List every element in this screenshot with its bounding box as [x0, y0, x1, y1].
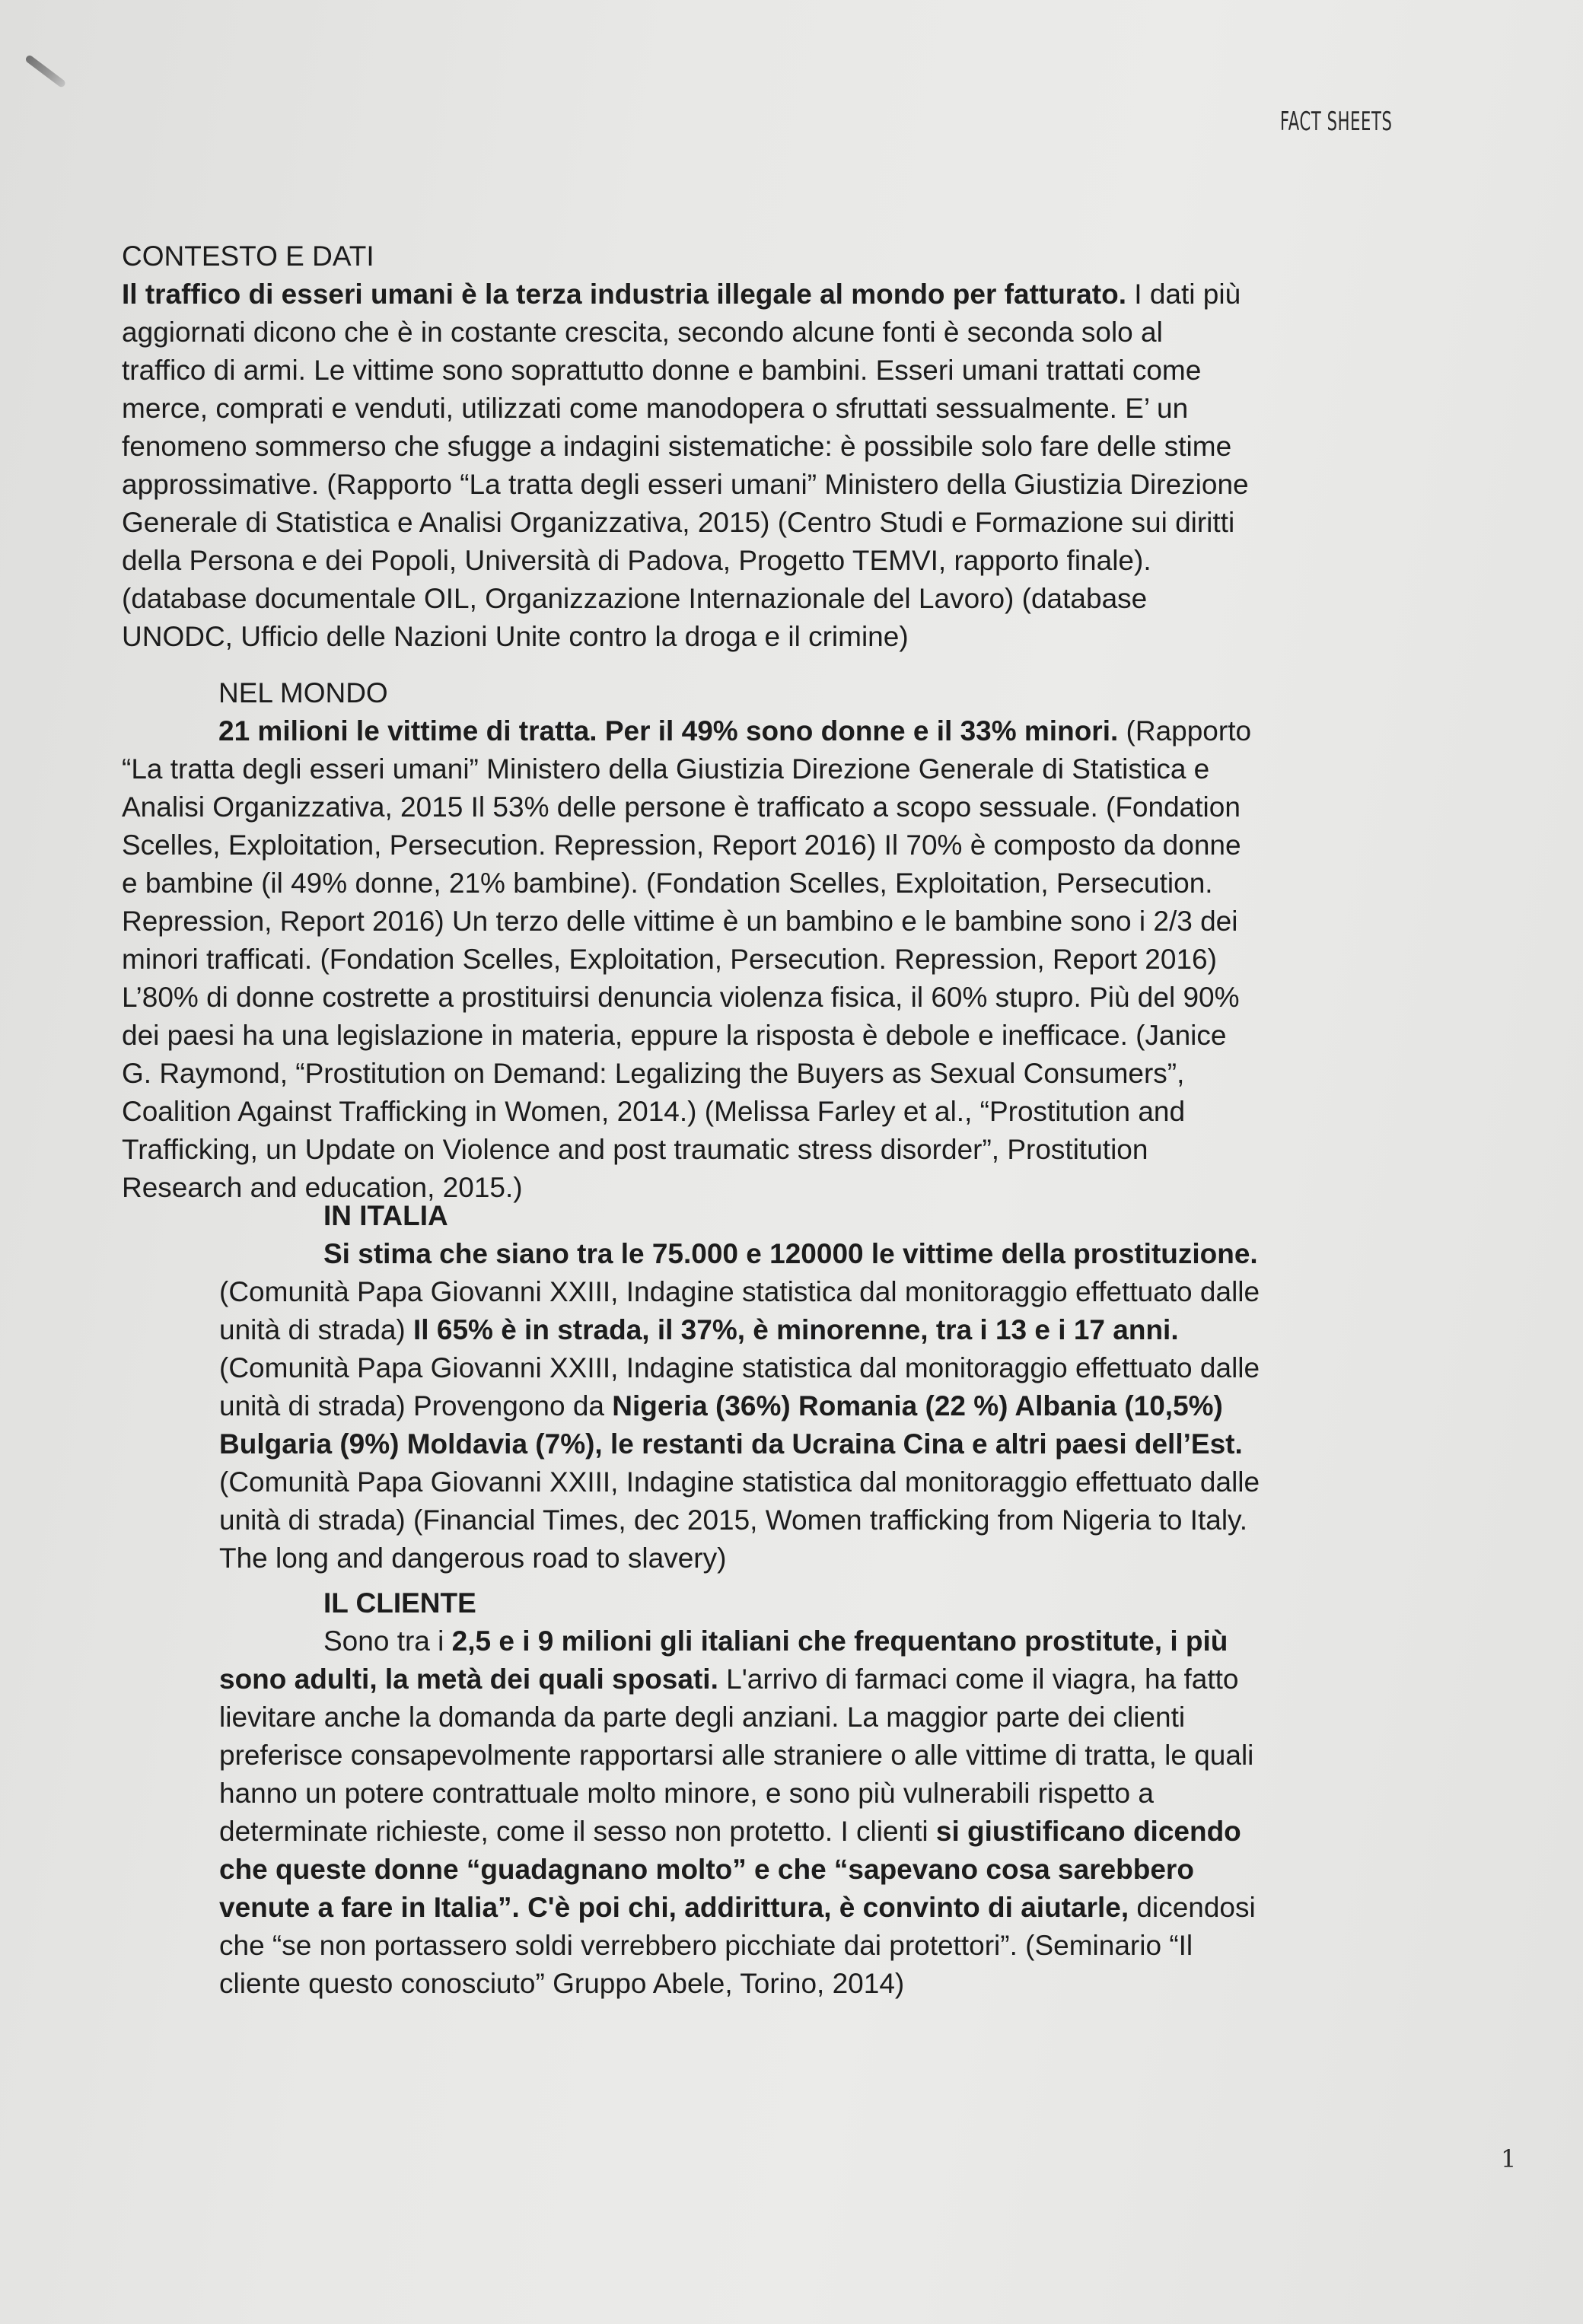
section-world: NEL MONDO 21 milioni le vittime di tratt…	[122, 674, 1446, 1207]
text-line: Analisi Organizzativa, 2015 Il 53% delle…	[122, 788, 1446, 826]
bold-text: Nigeria (36%) Romania (22 %) Albania (10…	[612, 1390, 1223, 1421]
text: Generale di Statistica e Analisi Organiz…	[122, 507, 1234, 538]
bold-text: si giustificano dicendo	[936, 1816, 1241, 1847]
text: Repression, Report 2016) Un terzo delle …	[122, 906, 1237, 937]
text-line: traffico di armi. Le vittime sono soprat…	[122, 352, 1461, 390]
text-line: dei paesi ha una legislazione in materia…	[122, 1017, 1446, 1055]
text-line: hanno un potere contrattuale molto minor…	[219, 1775, 1498, 1813]
text-line: (database documentale OIL, Organizzazion…	[122, 580, 1461, 618]
text-line: 21 milioni le vittime di tratta. Per il …	[122, 712, 1446, 750]
text-line: e bambine (il 49% donne, 21% bambine). (…	[122, 864, 1446, 903]
pen-mark	[24, 54, 67, 88]
bold-text: 2,5 e i 9 milioni gli italiani che frequ…	[452, 1625, 1228, 1657]
text: cliente questo conosciuto” Gruppo Abele,…	[219, 1968, 904, 1999]
text: merce, comprati e venduti, utilizzati co…	[122, 393, 1188, 424]
text-line: Bulgaria (9%) Moldavia (7%), le restanti…	[219, 1425, 1498, 1463]
text-line: della Persona e dei Popoli, Università d…	[122, 542, 1461, 580]
text: G. Raymond, “Prostitution on Demand: Leg…	[122, 1058, 1184, 1089]
section-heading-client: IL CLIENTE	[219, 1584, 1498, 1622]
bold-text: Il 65% è in strada, il 37%, è minorenne,…	[406, 1314, 1179, 1345]
text-line: Coalition Against Trafficking in Women, …	[122, 1093, 1446, 1131]
text: traffico di armi. Le vittime sono soprat…	[122, 355, 1201, 386]
text: L’80% di donne costrette a prostituirsi …	[122, 982, 1240, 1013]
section-body-italy: Si stima che siano tra le 75.000 e 12000…	[219, 1235, 1498, 1577]
text-line: Il traffico di esseri umani è la terza i…	[122, 275, 1461, 314]
text-line: minori trafficati. (Fondation Scelles, E…	[122, 941, 1446, 979]
text-line: venute a fare in Italia”. C'è poi chi, a…	[219, 1889, 1498, 1927]
text: determinate richieste, come il sesso non…	[219, 1816, 936, 1847]
section-heading-context: CONTESTO E DATI	[122, 237, 1461, 275]
text: unità di strada) Provengono da	[219, 1390, 612, 1421]
text-line: aggiornati dicono che è in costante cres…	[122, 314, 1461, 352]
text-line: Scelles, Exploitation, Persecution. Repr…	[122, 826, 1446, 864]
text-line: che queste donne “guadagnano molto” e ch…	[219, 1851, 1498, 1889]
text-line: lievitare anche la domanda da parte degl…	[219, 1698, 1498, 1737]
text: e bambine (il 49% donne, 21% bambine). (…	[122, 868, 1213, 899]
text: “La tratta degli esseri umani” Ministero…	[122, 753, 1209, 785]
text-line: (Comunità Papa Giovanni XXIII, Indagine …	[219, 1349, 1498, 1387]
text: lievitare anche la domanda da parte degl…	[219, 1702, 1185, 1733]
text: Trafficking, un Update on Violence and p…	[122, 1134, 1148, 1165]
text-line: “La tratta degli esseri umani” Ministero…	[122, 750, 1446, 788]
text: unità di strada) (Financial Times, dec 2…	[219, 1504, 1247, 1536]
text: unità di strada)	[219, 1314, 406, 1345]
text: dicendosi	[1129, 1892, 1256, 1923]
text: UNODC, Ufficio delle Nazioni Unite contr…	[122, 621, 909, 652]
page-header: FACT SHEETS	[1280, 107, 1392, 137]
text: approssimative. (Rapporto “La tratta deg…	[122, 469, 1249, 500]
text: Coalition Against Trafficking in Women, …	[122, 1096, 1185, 1127]
bold-text: sono adulti, la metà dei quali sposati.	[219, 1663, 718, 1695]
text-line: Sono tra i 2,5 e i 9 milioni gli italian…	[219, 1622, 1498, 1660]
section-context: CONTESTO E DATI Il traffico di esseri um…	[122, 237, 1461, 656]
text: (Comunità Papa Giovanni XXIII, Indagine …	[219, 1352, 1260, 1383]
text: preferisce consapevolmente rapportarsi a…	[219, 1740, 1253, 1771]
text: che “se non portassero soldi verrebbero …	[219, 1930, 1193, 1961]
text-line: G. Raymond, “Prostitution on Demand: Leg…	[122, 1055, 1446, 1093]
text-line: UNODC, Ufficio delle Nazioni Unite contr…	[122, 618, 1461, 656]
text: Analisi Organizzativa, 2015 Il 53% delle…	[122, 791, 1241, 823]
text-line: Repression, Report 2016) Un terzo delle …	[122, 903, 1446, 941]
bold-text: Bulgaria (9%) Moldavia (7%), le restanti…	[219, 1428, 1243, 1460]
text: Sono tra i	[323, 1625, 452, 1657]
text-line: unità di strada) (Financial Times, dec 2…	[219, 1501, 1498, 1539]
text-line: The long and dangerous road to slavery)	[219, 1539, 1498, 1577]
text: (Comunità Papa Giovanni XXIII, Indagine …	[219, 1276, 1260, 1307]
text: Scelles, Exploitation, Persecution. Repr…	[122, 829, 1241, 861]
section-body-context: Il traffico di esseri umani è la terza i…	[122, 275, 1461, 656]
text-line: determinate richieste, come il sesso non…	[219, 1813, 1498, 1851]
section-body-world: 21 milioni le vittime di tratta. Per il …	[122, 712, 1446, 1207]
text: (Comunità Papa Giovanni XXIII, Indagine …	[219, 1466, 1260, 1498]
page-number: 1	[1501, 2144, 1516, 2173]
text-line: (Comunità Papa Giovanni XXIII, Indagine …	[219, 1463, 1498, 1501]
text-line: cliente questo conosciuto” Gruppo Abele,…	[219, 1965, 1498, 2003]
section-heading-world: NEL MONDO	[122, 674, 1446, 712]
text-line: sono adulti, la metà dei quali sposati. …	[219, 1660, 1498, 1698]
text-line: merce, comprati e venduti, utilizzati co…	[122, 390, 1461, 428]
text: minori trafficati. (Fondation Scelles, E…	[122, 944, 1217, 975]
text: dei paesi ha una legislazione in materia…	[122, 1020, 1226, 1051]
section-client: IL CLIENTE Sono tra i 2,5 e i 9 milioni …	[219, 1584, 1498, 2003]
text-line: preferisce consapevolmente rapportarsi a…	[219, 1737, 1498, 1775]
text: aggiornati dicono che è in costante cres…	[122, 317, 1163, 348]
text-line: Trafficking, un Update on Violence and p…	[122, 1131, 1446, 1169]
bold-text: Si stima che siano tra le 75.000 e 12000…	[323, 1238, 1258, 1269]
text-line: che “se non portassero soldi verrebbero …	[219, 1927, 1498, 1965]
bold-text: venute a fare in Italia”. C'è poi chi, a…	[219, 1892, 1129, 1923]
text: (Rapporto	[1118, 715, 1251, 747]
text-line: approssimative. (Rapporto “La tratta deg…	[122, 466, 1461, 504]
text-line: Si stima che siano tra le 75.000 e 12000…	[219, 1235, 1498, 1273]
text-line: unità di strada) Il 65% è in strada, il …	[219, 1311, 1498, 1349]
text: (database documentale OIL, Organizzazion…	[122, 583, 1147, 614]
text: hanno un potere contrattuale molto minor…	[219, 1778, 1154, 1809]
text: della Persona e dei Popoli, Università d…	[122, 545, 1151, 576]
bold-text: 21 milioni le vittime di tratta. Per il …	[218, 715, 1118, 747]
text-line: L’80% di donne costrette a prostituirsi …	[122, 979, 1446, 1017]
text: I dati più	[1126, 279, 1241, 310]
section-italy: IN ITALIA Si stima che siano tra le 75.0…	[219, 1197, 1498, 1577]
text-line: unità di strada) Provengono da Nigeria (…	[219, 1387, 1498, 1425]
text: fenomeno sommerso che sfugge a indagini …	[122, 431, 1231, 462]
text: L'arrivo di farmaci come il viagra, ha f…	[718, 1663, 1239, 1695]
text-line: (Comunità Papa Giovanni XXIII, Indagine …	[219, 1273, 1498, 1311]
text-line: fenomeno sommerso che sfugge a indagini …	[122, 428, 1461, 466]
text: The long and dangerous road to slavery)	[219, 1542, 726, 1574]
section-body-client: Sono tra i 2,5 e i 9 milioni gli italian…	[219, 1622, 1498, 2003]
text-line: Generale di Statistica e Analisi Organiz…	[122, 504, 1461, 542]
section-heading-italy: IN ITALIA	[219, 1197, 1498, 1235]
bold-text: che queste donne “guadagnano molto” e ch…	[219, 1854, 1194, 1885]
bold-text: Il traffico di esseri umani è la terza i…	[122, 279, 1126, 310]
